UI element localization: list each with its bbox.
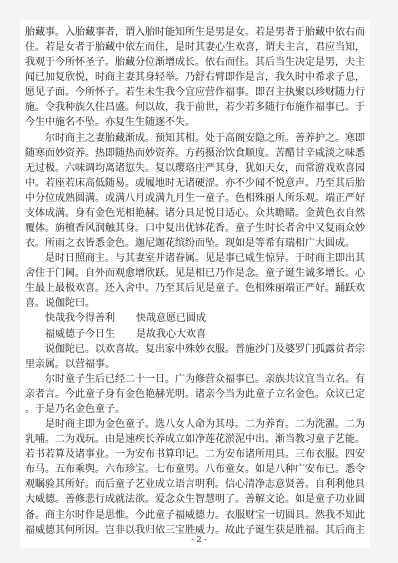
- verse-first-half: 福威德子今日生: [45, 327, 136, 342]
- text-line: 备。商主尔时作是思惟。今此童子福威德力。衣服财宝一切圆具。然我不知此: [25, 508, 365, 523]
- text-line: 亲者言。今此童子身有金色艳赫光明。诸亲今当为此童子立名金色。众议已定: [25, 387, 365, 402]
- text-line: 布马。五布乘舆。六布珍宝。七布童男。八布童女。如是八种广安布已。悉令: [25, 462, 365, 477]
- text-line: 住。若是女者于胎藏中依左而住，是时其妻心生欢喜，谓夫主言，君应当知，: [25, 40, 365, 55]
- text-line: 里亲属。以营福事。: [25, 357, 365, 372]
- text-line: 随寒而妙资养。热即随热而妙资养。方药摄治饮食顺度。苦醋甘辛咸淡之味悉: [25, 146, 365, 161]
- text-line: 喜。说伽陀曰。: [25, 296, 365, 311]
- paragraph-start-line: 尔时商主之妻胎藏渐成。预知其相。处于高阁安隐之所。善养护之。寒即: [25, 131, 365, 146]
- paragraph-start-line: 尔时童子生后已经二十一日。广为修营众福事已。亲族共议宜当立名。有: [25, 372, 365, 387]
- verse-second-half: 快哉意愿已圆成: [136, 311, 206, 326]
- text-line: 乳哺。二为戏玩。由是速疾长养成立如净莲花淤泥中出。渐当教习童子艺能。: [25, 432, 365, 447]
- paragraph-start-line: 说伽陀已。以欢喜故。复出家中殊妙衣服。普施沙门及婆罗门孤露贫者宗: [25, 342, 365, 357]
- verse-first-half: 快哉我今得善利: [45, 311, 136, 326]
- text-line: 胎藏事。入胎藏事者，谓入胎时能知所生是男是女。若是男者于胎藏中依右而: [25, 25, 365, 40]
- text-line: 无过极。六味调均离诸愆失。复以璎珞庄严其身，犹如天女，而常游戏欢喜园: [25, 161, 365, 176]
- paragraph-start-line: 是时商主即为金色童子。选八女人命为其母。二为养育。二为洗濯。二为: [25, 417, 365, 432]
- text-line: 生最上最极欢喜。还入舍中。乃至其后见是童子。色相殊丽端正严好。踊跃欢: [25, 281, 365, 296]
- text-line: 观瞩验其所好。而后童子艺业成立语言明利。信心清净志意贤善。自利利他具: [25, 477, 365, 492]
- verse-line: 福威德子今日生是故我心大欢喜: [25, 327, 365, 342]
- text-line: 若书若算及诸事业。一为安布书算印记。二为安布诸所用具。三布衣服。四安: [25, 447, 365, 462]
- page-number: - 2 -: [0, 535, 398, 545]
- verse-line: 快哉我今得善利快哉意愿已圆成: [25, 311, 365, 326]
- text-line: 覆体。旃檀香风润触其身。口中复出优钵花香。童子生时长者舍中又复雨众妙: [25, 221, 365, 236]
- text-line: 施。令我种族久住昌盛。何以故，我于前世，若少若多随行布施作福事已。于: [25, 100, 365, 115]
- text-line: 我观于今所怀圣子。胎藏分位渐增成长。依右而住。其后当生决定是男，夫主: [25, 55, 365, 70]
- text-line: 闻已加复欣悦，时商主妻其身轻举。乃舒右臂即作是言，我久时中希求子息，: [25, 70, 365, 85]
- text-line: 中。若座若床高低随易。或履地时无诸硬涩。亦不少闻不悦意声。乃至其后胎: [25, 176, 365, 191]
- text-line: 支体成满。身有金色光相艳赫。诸分具足悦目适心。众共瞻睹。金黄色衣自然: [25, 206, 365, 221]
- text-line: 衣。所雨之衣皆悉金色。迦尼迦花缤纷而坠。现如是等希有瑞相广大圆成。: [25, 236, 365, 251]
- text-line: 愿见子面。今所怀子。若生未生我今宜应营作福事。即召主执聚以珍财随力行: [25, 85, 365, 100]
- paragraph-start-line: 是时日照商主。与其妻室并诸眷属。见是事已咸生惊异。于时商主即出其: [25, 251, 365, 266]
- document-body: 胎藏事。入胎藏事者，谓入胎时能知所生是男是女。若是男者于胎藏中依右而 住。若是女…: [25, 25, 365, 538]
- text-line: 大威德。善修悲行成就法欲。爱念众生智慧明了。善解文论。如是童子功业圆: [25, 492, 365, 507]
- verse-second-half: 是故我心大欢喜: [136, 327, 206, 342]
- text-line: 今生中施名不坠。亦复生生随逐不失。: [25, 115, 365, 130]
- text-line: 舍住于门阃。自外而观愈增欣跃。见是相已乃作是念。童子诞生诚多增长。心: [25, 266, 365, 281]
- text-line: 中分位成熟圆满。或满八月或满九月生一童子。色相殊丽人所乐观。端正严好: [25, 191, 365, 206]
- text-line: 。于是乃名金色童子。: [25, 402, 365, 417]
